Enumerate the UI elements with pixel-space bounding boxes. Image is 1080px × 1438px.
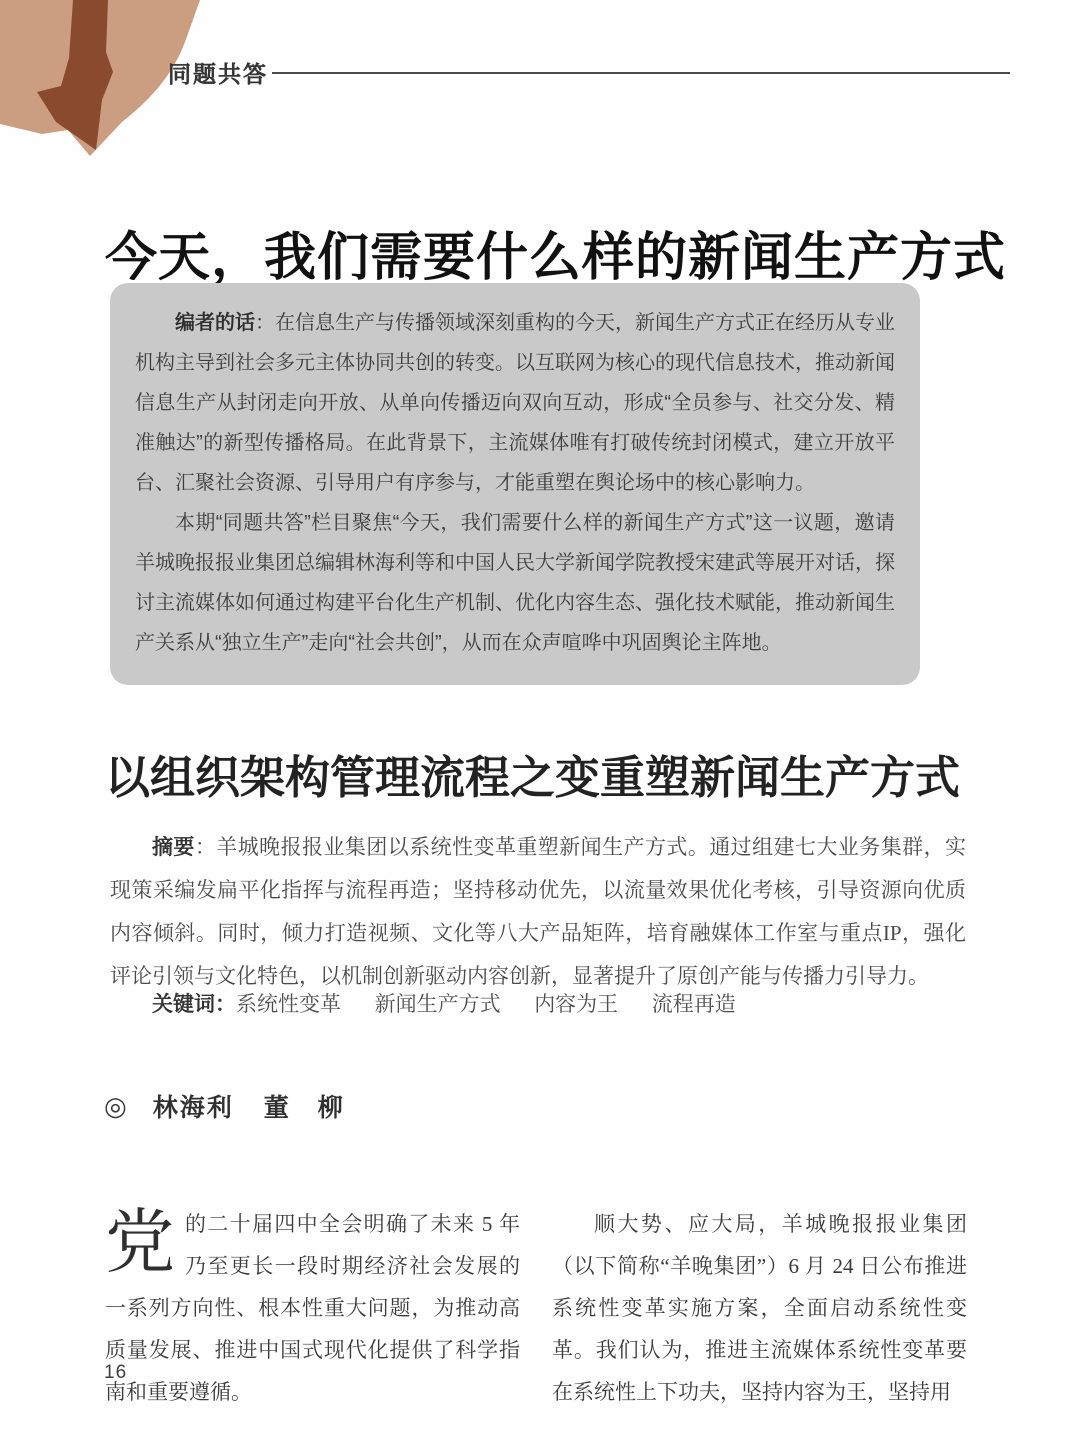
abstract-paragraph: 摘要：羊城晚报报业集团以系统性变革重塑新闻生产方式。通过组建七大业务集群，实现策… [110,826,966,998]
body-column-left: 党的二十届四中全会明确了未来 5 年乃至更长一段时期经济社会发展的一系列方向性、… [105,1203,520,1413]
body-paragraph-left: 党的二十届四中全会明确了未来 5 年乃至更长一段时期经济社会发展的一系列方向性、… [105,1203,520,1413]
author-line: ◎ 林海利 董 柳 [104,1088,375,1124]
body-text-columns: 党的二十届四中全会明确了未来 5 年乃至更长一段时期经济社会发展的一系列方向性、… [105,1203,967,1413]
keywords-line: 关键词：系统性变革新闻生产方式内容为王流程再造 [110,988,966,1018]
editor-note-paragraph-2: 本期“同题共答”栏目聚焦“今天，我们需要什么样的新闻生产方式”这一议题，邀请羊城… [135,503,895,663]
column-label: 同题共答 [168,56,268,89]
keywords-colon: ： [215,992,236,1016]
section-header: 同题共答 [168,56,1010,89]
keywords-label: 关键词 [152,992,215,1016]
magazine-page: 同题共答 今天，我们需要什么样的新闻生产方式 编者的话：在信息生产与传播领域深刻… [0,0,1080,1438]
editor-note-box: 编者的话：在信息生产与传播领域深刻重构的今天，新闻生产方式正在经历从专业机构主导… [110,283,920,685]
keyword: 新闻生产方式 [375,992,501,1016]
dropcap-character: 党 [105,1205,175,1283]
keyword: 流程再造 [652,992,736,1016]
abstract-text: ：羊城晚报报业集团以系统性变革重塑新闻生产方式。通过组建七大业务集群，实现策采编… [110,835,966,988]
page-number: 16 [104,1362,127,1384]
author-name: 林海利 [153,1088,234,1124]
editor-note-paragraph-1: 编者的话：在信息生产与传播领域深刻重构的今天，新闻生产方式正在经历从专业机构主导… [135,303,895,503]
body-paragraph-right: 顺大势、应大局，羊城晚报报业集团（以下简称“羊晚集团”）6 月 24 日公布推进… [552,1203,967,1413]
author-name: 董 柳 [264,1088,345,1124]
keyword: 系统性变革 [236,992,341,1016]
abstract-label: 摘要 [152,835,195,859]
editor-note-label: 编者的话 [175,312,255,334]
editor-note-text-1: ：在信息生产与传播领域深刻重构的今天，新闻生产方式正在经历从专业机构主导到社会多… [135,312,895,494]
author-marker-icon: ◎ [104,1091,127,1122]
body-column-right: 顺大势、应大局，羊城晚报报业集团（以下简称“羊晚集团”）6 月 24 日公布推进… [552,1203,967,1413]
header-rule [272,72,1010,74]
article-title: 以组织架构管理流程之变重塑新闻生产方式 [105,741,965,806]
topic-title: 今天，我们需要什么样的新闻生产方式 [105,215,965,290]
keyword: 内容为王 [534,992,618,1016]
